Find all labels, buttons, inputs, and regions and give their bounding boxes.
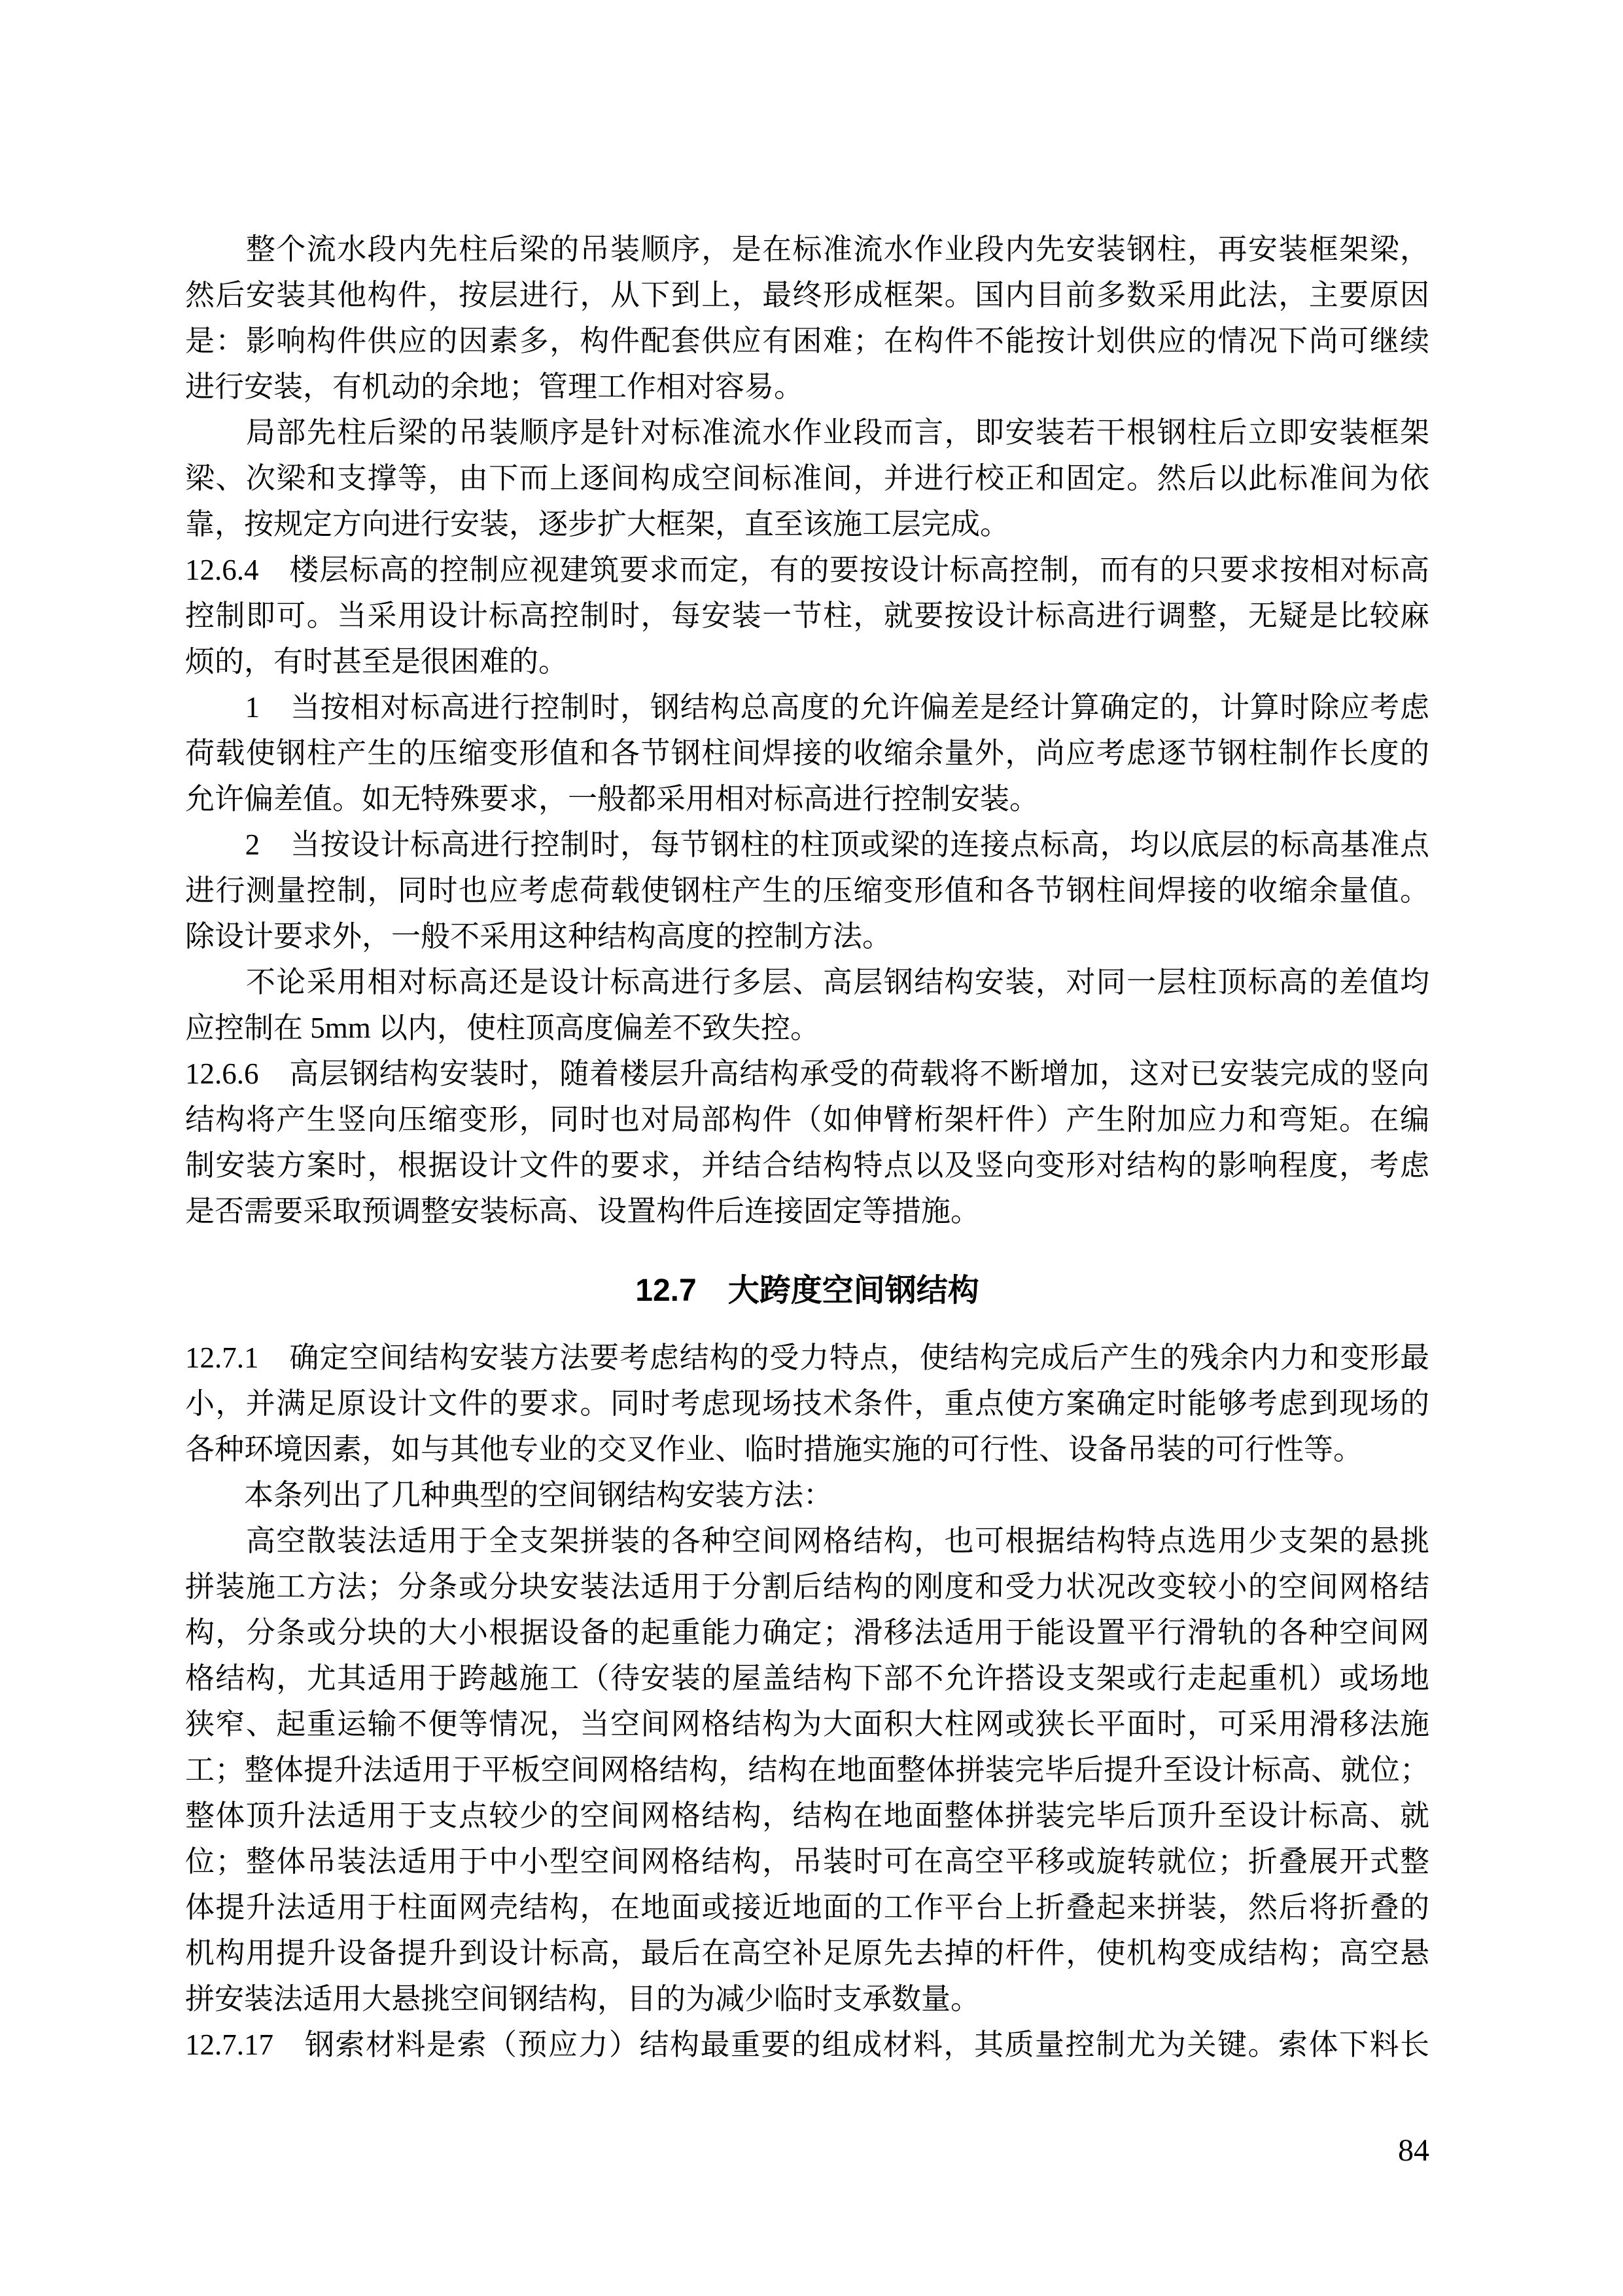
text-line: 然后安装其他构件，按层进行，从下到上，最终形成框架。国内目前多数采用此法，主要原… bbox=[185, 272, 1429, 318]
text-line: 制安装方案时，根据设计文件的要求，并结合结构特点以及竖向变形对结构的影响程度，考… bbox=[185, 1142, 1429, 1188]
text-line: 格结构，尤其适用于跨越施工（待安装的屋盖结构下部不允许搭设支架或行走起重机）或场… bbox=[185, 1655, 1429, 1701]
paragraph: 高空散装法适用于全支架拼装的各种空间网格结构，也可根据结构特点选用少支架的悬挑拼… bbox=[185, 1518, 1429, 2022]
paragraph: 不论采用相对标高还是设计标高进行多层、高层钢结构安装，对同一层柱顶标高的差值均应… bbox=[185, 959, 1429, 1051]
text-line: 整个流水段内先柱后梁的吊装顺序，是在标准流水作业段内先安装钢柱，再安装框架梁， bbox=[185, 226, 1429, 272]
text-line: 不论采用相对标高还是设计标高进行多层、高层钢结构安装，对同一层柱顶标高的差值均 bbox=[185, 959, 1429, 1005]
text-line: 是否需要采取预调整安装标高、设置构件后连接固定等措施。 bbox=[185, 1188, 1429, 1234]
text-line: 应控制在 5mm 以内，使柱顶高度偏差不致失控。 bbox=[185, 1005, 1429, 1051]
paragraph: 12.7.17 钢索材料是索（预应力）结构最重要的组成材料，其质量控制尤为关键。… bbox=[185, 2022, 1429, 2068]
text-line: 进行安装，有机动的余地；管理工作相对容易。 bbox=[185, 364, 1429, 410]
text-line: 狭窄、起重运输不便等情况，当空间网格结构为大面积大柱网或狭长平面时，可采用滑移法… bbox=[185, 1701, 1429, 1747]
text-line: 整体顶升法适用于支点较少的空间网格结构，结构在地面整体拼装完毕后顶升至设计标高、… bbox=[185, 1793, 1429, 1839]
text-line: 梁、次梁和支撑等，由下而上逐间构成空间标准间，并进行校正和固定。然后以此标准间为… bbox=[185, 455, 1429, 501]
paragraph: 12.6.6 高层钢结构安装时，随着楼层升高结构承受的荷载将不断增加，这对已安装… bbox=[185, 1051, 1429, 1234]
section-heading: 12.7 大跨度空间钢结构 bbox=[185, 1268, 1429, 1314]
text-line: 位；整体吊装法适用于中小型空间网格结构，吊装时可在高空平移或旋转就位；折叠展开式… bbox=[185, 1839, 1429, 1884]
text-line: 2 当按设计标高进行控制时，每节钢柱的柱顶或梁的连接点标高，均以底层的标高基准点 bbox=[185, 822, 1429, 868]
text-line: 12.7.17 钢索材料是索（预应力）结构最重要的组成材料，其质量控制尤为关键。… bbox=[185, 2022, 1429, 2068]
text-line: 结构将产生竖向压缩变形，同时也对局部构件（如伸臂桁架杆件）产生附加应力和弯矩。在… bbox=[185, 1097, 1429, 1142]
text-line: 12.6.6 高层钢结构安装时，随着楼层升高结构承受的荷载将不断增加，这对已安装… bbox=[185, 1051, 1429, 1097]
paragraph: 本条列出了几种典型的空间钢结构安装方法： bbox=[185, 1472, 1429, 1518]
paragraph: 1 当按相对标高进行控制时，钢结构总高度的允许偏差是经计算确定的，计算时除应考虑… bbox=[185, 684, 1429, 822]
page-number: 84 bbox=[1398, 2128, 1429, 2174]
paragraph: 12.7.1 确定空间结构安装方法要考虑结构的受力特点，使结构完成后产生的残余内… bbox=[185, 1335, 1429, 1472]
text-line: 各种环境因素，如与其他专业的交叉作业、临时措施实施的可行性、设备吊装的可行性等。 bbox=[185, 1426, 1429, 1472]
text-line: 机构用提升设备提升到设计标高，最后在高空补足原先去掉的杆件，使机构变成结构；高空… bbox=[185, 1930, 1429, 1976]
text-line: 除设计要求外，一般不采用这种结构高度的控制方法。 bbox=[185, 913, 1429, 959]
text-line: 是：影响构件供应的因素多，构件配套供应有困难；在构件不能按计划供应的情况下尚可继… bbox=[185, 318, 1429, 364]
text-line: 拼装施工方法；分条或分块安装法适用于分割后结构的刚度和受力状况改变较小的空间网格… bbox=[185, 1564, 1429, 1610]
text-flow: 整个流水段内先柱后梁的吊装顺序，是在标准流水作业段内先安装钢柱，再安装框架梁，然… bbox=[185, 226, 1429, 2068]
text-line: 1 当按相对标高进行控制时，钢结构总高度的允许偏差是经计算确定的，计算时除应考虑 bbox=[185, 684, 1429, 730]
text-line: 12.7.1 确定空间结构安装方法要考虑结构的受力特点，使结构完成后产生的残余内… bbox=[185, 1335, 1429, 1381]
text-line: 工；整体提升法适用于平板空间网格结构，结构在地面整体拼装完毕后提升至设计标高、就… bbox=[185, 1747, 1429, 1793]
text-line: 烦的，有时甚至是很困难的。 bbox=[185, 639, 1429, 684]
text-line: 构，分条或分块的大小根据设备的起重能力确定；滑移法适用于能设置平行滑轨的各种空间… bbox=[185, 1610, 1429, 1655]
text-line: 局部先柱后梁的吊装顺序是针对标准流水作业段而言，即安装若干根钢柱后立即安装框架 bbox=[185, 410, 1429, 455]
text-line: 进行测量控制，同时也应考虑荷载使钢柱产生的压缩变形值和各节钢柱间焊接的收缩余量值… bbox=[185, 868, 1429, 913]
document-page: 整个流水段内先柱后梁的吊装顺序，是在标准流水作业段内先安装钢柱，再安装框架梁，然… bbox=[0, 0, 1623, 2296]
paragraph: 整个流水段内先柱后梁的吊装顺序，是在标准流水作业段内先安装钢柱，再安装框架梁，然… bbox=[185, 226, 1429, 410]
text-line: 高空散装法适用于全支架拼装的各种空间网格结构，也可根据结构特点选用少支架的悬挑 bbox=[185, 1518, 1429, 1564]
text-line: 体提升法适用于柱面网壳结构，在地面或接近地面的工作平台上折叠起来拼装，然后将折叠… bbox=[185, 1884, 1429, 1930]
text-line: 拼安装法适用大悬挑空间钢结构，目的为减少临时支承数量。 bbox=[185, 1976, 1429, 2022]
text-line: 允许偏差值。如无特殊要求，一般都采用相对标高进行控制安装。 bbox=[185, 776, 1429, 822]
text-line: 本条列出了几种典型的空间钢结构安装方法： bbox=[185, 1472, 1429, 1518]
text-line: 荷载使钢柱产生的压缩变形值和各节钢柱间焊接的收缩余量外，尚应考虑逐节钢柱制作长度… bbox=[185, 730, 1429, 776]
paragraph: 12.6.4 楼层标高的控制应视建筑要求而定，有的要按设计标高控制，而有的只要求… bbox=[185, 547, 1429, 684]
text-line: 小，并满足原设计文件的要求。同时考虑现场技术条件，重点使方案确定时能够考虑到现场… bbox=[185, 1381, 1429, 1426]
paragraph: 局部先柱后梁的吊装顺序是针对标准流水作业段而言，即安装若干根钢柱后立即安装框架梁… bbox=[185, 410, 1429, 547]
text-line: 控制即可。当采用设计标高控制时，每安装一节柱，就要按设计标高进行调整，无疑是比较… bbox=[185, 593, 1429, 639]
paragraph: 2 当按设计标高进行控制时，每节钢柱的柱顶或梁的连接点标高，均以底层的标高基准点… bbox=[185, 822, 1429, 959]
text-line: 12.6.4 楼层标高的控制应视建筑要求而定，有的要按设计标高控制，而有的只要求… bbox=[185, 547, 1429, 593]
text-line: 靠，按规定方向进行安装，逐步扩大框架，直至该施工层完成。 bbox=[185, 501, 1429, 547]
